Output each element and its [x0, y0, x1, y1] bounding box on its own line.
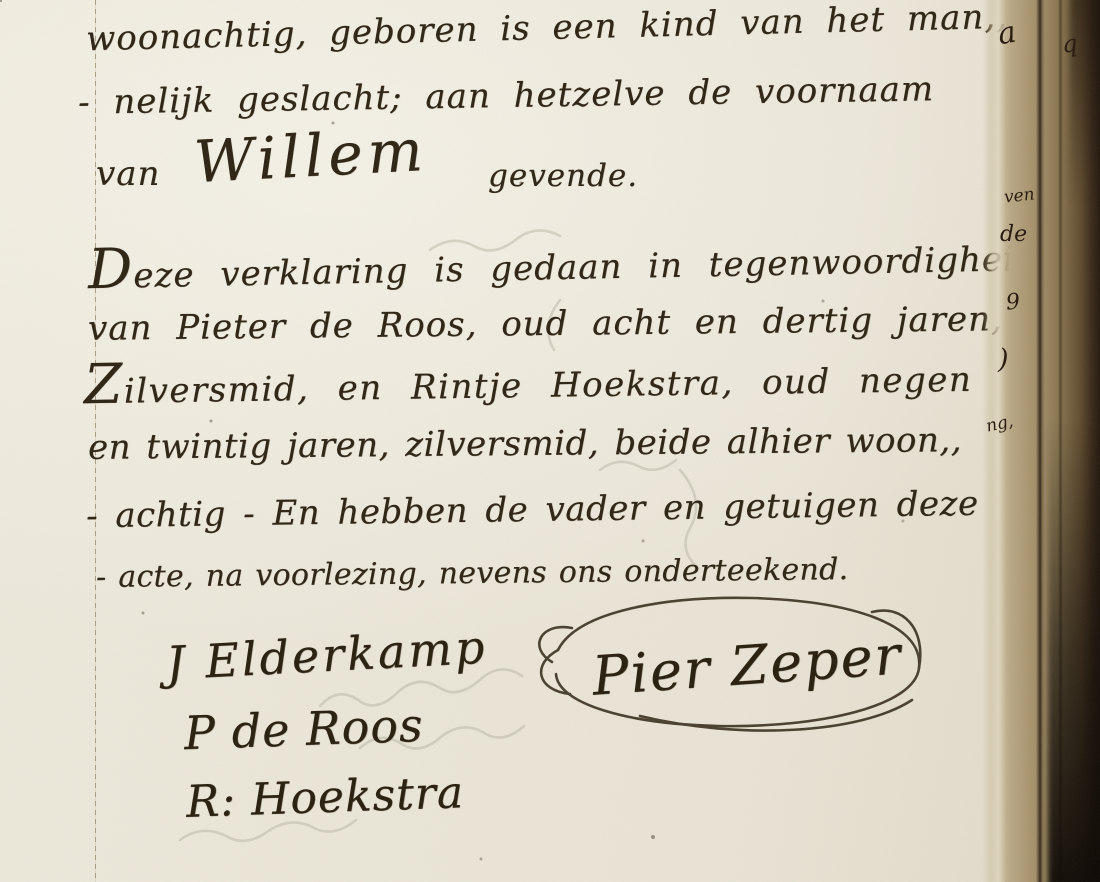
gutter-fragment: 9 — [1005, 289, 1021, 315]
gutter-fragment: ) — [998, 344, 1009, 375]
gutter-highlight — [990, 0, 1006, 882]
dust-specks — [0, 0, 2, 2]
signature-de-roos: P de Roos — [183, 698, 424, 760]
declaration-line-5: - achtig - En hebben de vader en getuige… — [86, 484, 979, 536]
declaration-line-4: en twintig jaren, zilversmid, beide alhi… — [88, 420, 962, 468]
gutter-crease — [1036, 0, 1045, 882]
child-given-name: Willem — [192, 116, 429, 196]
declaration-line-3: Zilversmid, en Rintje Hoekstra, oud nege… — [84, 352, 973, 412]
book-gutter — [982, 0, 1100, 882]
declaration-line-6: - acte, na voorlezing, nevens ons ondert… — [96, 552, 849, 595]
signature-elderkamp: J Elderkamp — [165, 620, 489, 691]
manuscript-line-2: - nelijk geslacht; aan hetzelve de voorn… — [78, 69, 935, 122]
manuscript-line-1: woonachtig, geboren is een kind van het … — [86, 0, 1009, 59]
declaration-line-2: van Pieter de Roos, oud acht en dertig j… — [88, 299, 1003, 349]
gutter-fragment: de — [1000, 222, 1027, 247]
naming-line-suffix: gevende. — [488, 158, 638, 194]
manuscript-page: woonachtig, geboren is een kind van het … — [0, 0, 1100, 882]
signature-hoekstra: R: Hoekstra — [185, 767, 465, 828]
naming-line-prefix: van — [96, 154, 160, 194]
signature-pier-zeper: Pier Zeper — [590, 623, 904, 707]
gutter-shadow-bottom — [1048, 418, 1100, 882]
gutter-fragment: q — [1061, 29, 1079, 58]
declaration-line-1: Deze verklaring is gedaan in tegenwoordi… — [88, 231, 1038, 297]
gutter-fragment: ven — [1003, 184, 1036, 207]
